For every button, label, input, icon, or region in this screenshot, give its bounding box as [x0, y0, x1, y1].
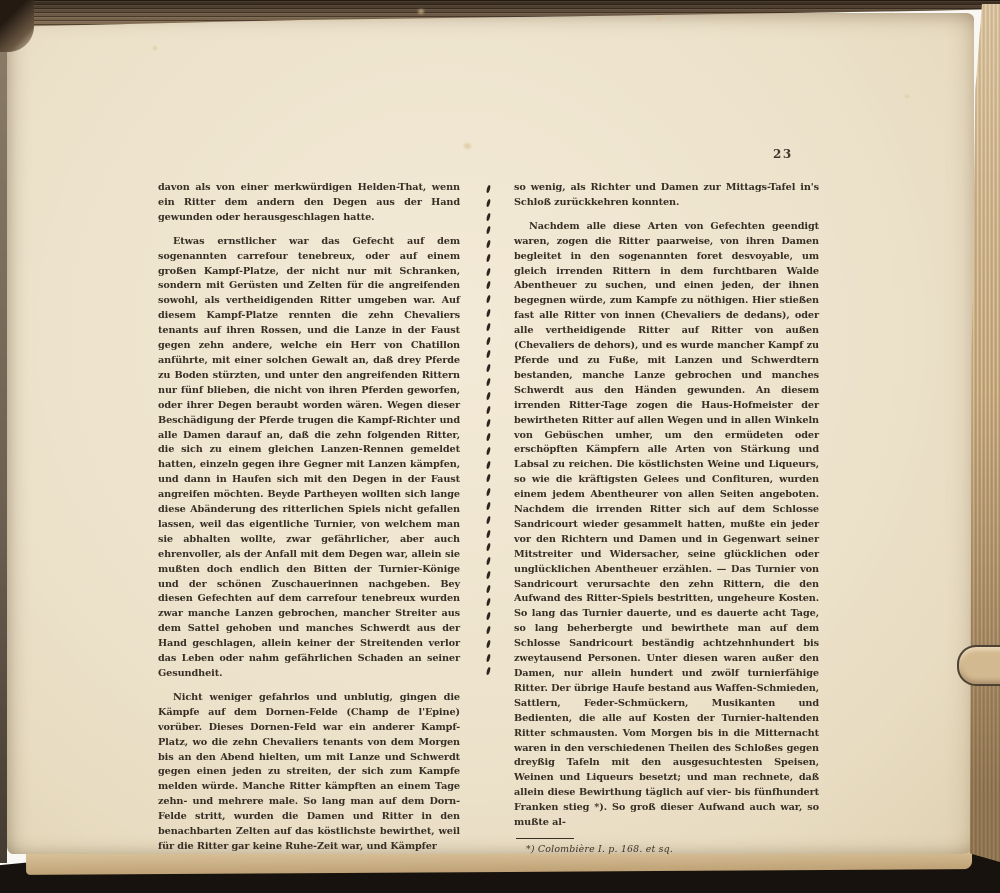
- stitch-mark: [486, 447, 491, 455]
- stitch-mark: [486, 557, 491, 565]
- stitch-mark: [486, 185, 491, 193]
- stitch-mark: [486, 598, 491, 606]
- column-divider-stitches: [484, 185, 492, 675]
- paragraph: Etwas ernstlicher war das Gefecht auf de…: [158, 235, 460, 682]
- paragraph: so wenig, als Richter und Damen zur Mitt…: [514, 181, 819, 211]
- stitch-mark: [486, 626, 491, 634]
- stitch-mark: [486, 267, 491, 275]
- stitch-mark: [486, 419, 491, 427]
- stitch-mark: [486, 378, 491, 386]
- stitch-mark: [486, 350, 491, 358]
- stitch-mark: [486, 474, 491, 482]
- text-column-left: davon als von einer merkwürdigen Helden-…: [158, 181, 460, 855]
- paragraph: Nicht weniger gefahrlos und unblutig, gi…: [158, 691, 460, 855]
- stitch-mark: [486, 529, 491, 537]
- stitch-mark: [486, 364, 491, 372]
- stitch-mark: [486, 336, 491, 344]
- stitch-mark: [486, 667, 491, 675]
- stitch-mark: [486, 199, 491, 207]
- stitch-mark: [486, 640, 491, 648]
- stitch-mark: [486, 433, 491, 441]
- stitch-mark: [486, 226, 491, 234]
- page-number: 23: [773, 147, 793, 161]
- book-scan: 23 davon als von einer merkwürdigen Held…: [0, 0, 1000, 893]
- paragraph: Nachdem alle diese Arten von Gefechten g…: [514, 220, 819, 831]
- stitch-mark: [486, 502, 491, 510]
- stitch-mark: [486, 240, 491, 248]
- page-text-layer: 23 davon als von einer merkwürdigen Held…: [0, 0, 1000, 893]
- stitch-mark: [486, 309, 491, 317]
- stitch-mark: [486, 391, 491, 399]
- stitch-mark: [486, 254, 491, 262]
- text-column-right: so wenig, als Richter und Damen zur Mitt…: [514, 181, 819, 856]
- footnote-text: *) Colombière I. p. 168. et sq.: [514, 843, 819, 856]
- stitch-mark: [486, 281, 491, 289]
- stitch-mark: [486, 488, 491, 496]
- stitch-mark: [486, 212, 491, 220]
- stitch-mark: [486, 653, 491, 661]
- stitch-mark: [486, 323, 491, 331]
- stitch-mark: [486, 571, 491, 579]
- stitch-mark: [486, 584, 491, 592]
- stitch-mark: [486, 405, 491, 413]
- stitch-mark: [486, 460, 491, 468]
- footnote-rule: [516, 838, 574, 839]
- stitch-mark: [486, 612, 491, 620]
- stitch-mark: [486, 516, 491, 524]
- stitch-mark: [486, 543, 491, 551]
- footnote: *) Colombière I. p. 168. et sq.: [514, 838, 819, 856]
- paragraph: davon als von einer merkwürdigen Helden-…: [158, 181, 460, 226]
- stitch-mark: [486, 295, 491, 303]
